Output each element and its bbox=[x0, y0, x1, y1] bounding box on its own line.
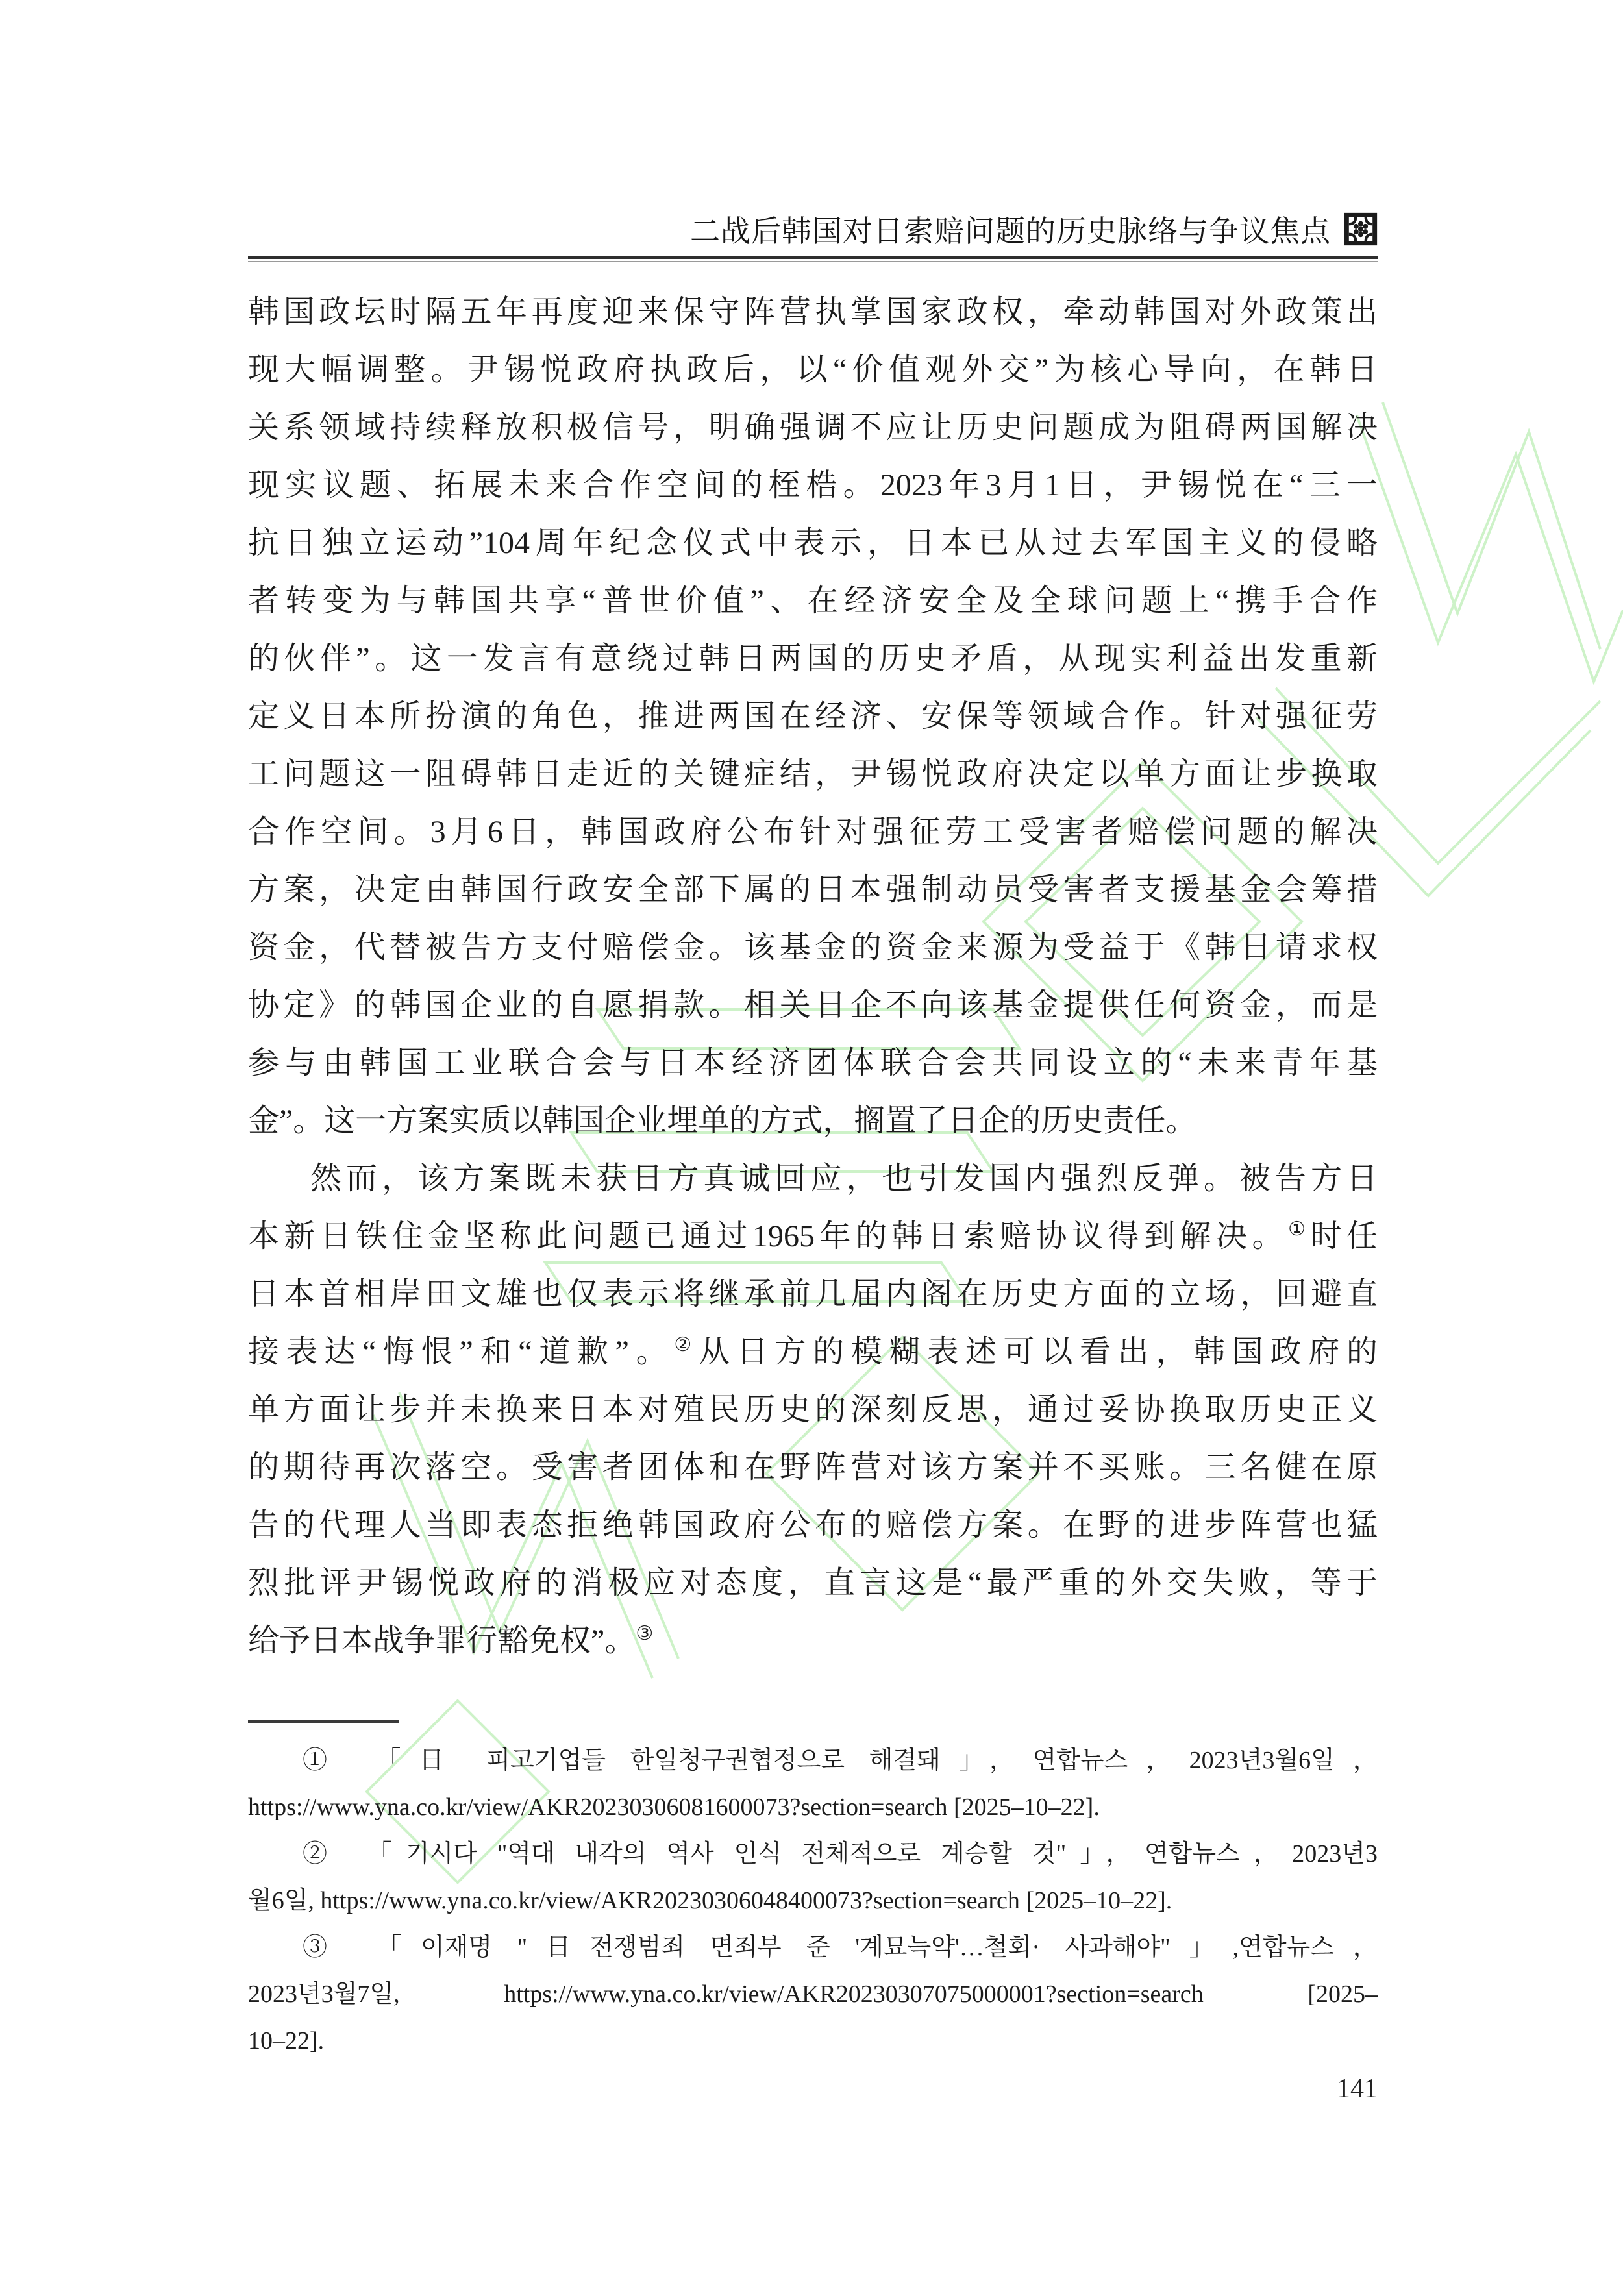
footnote-line: ② 「기시다 "역대 내각의 역사 인식 전체적으로 계승할 것"」，연합뉴스，… bbox=[248, 1831, 1378, 1877]
body-line: 参与由韩国工业联合会与日本经济团体联合会共同设立的“未来青年基 bbox=[248, 1034, 1378, 1092]
body-line: 现大幅调整。尹锡悦政府执政后，以“价值观外交”为核心导向，在韩日 bbox=[248, 341, 1378, 399]
body-line: 的期待再次落空。受害者团体和在野阵营对该方案并不买账。三名健在原 bbox=[248, 1438, 1378, 1496]
footnote-line: 2023년3월7일, https://www.yna.co.kr/view/AK… bbox=[248, 1971, 1378, 2018]
body-line: 者转变为与韩国共享“普世价值”、在经济安全及全球问题上“携手合作 bbox=[248, 572, 1378, 630]
footnote-ref: ③ bbox=[636, 1623, 653, 1644]
footnotes: ① 「日 피고기업들 한일청구권협정으로 해결돼」，연합뉴스，2023년3월6일… bbox=[248, 1737, 1378, 2064]
body-line: 定义日本所扮演的角色，推进两国在经济、安保等领域合作。针对强征劳 bbox=[248, 687, 1378, 745]
footnote-ref: ① bbox=[1288, 1218, 1310, 1240]
body-line: 协定》的韩国企业的自愿捐款。相关日企不向该基金提供任何资金，而是 bbox=[248, 976, 1378, 1034]
page-number: 141 bbox=[248, 2073, 1378, 2105]
article-body: 韩国政坛时隔五年再度迎来保守阵营执掌国家政权，牵动韩国对外政策出 现大幅调整。尹… bbox=[248, 283, 1378, 1670]
ornament-icon bbox=[1344, 212, 1378, 246]
footnote-separator bbox=[248, 1720, 399, 1723]
footnote-line: 10–22]. bbox=[248, 2018, 1378, 2064]
body-line: 接表达“悔恨”和“道歉”。②从日方的模糊表述可以看出，韩国政府的 bbox=[248, 1323, 1378, 1381]
body-line: 方案，决定由韩国行政安全部下属的日本强制动员受害者支援基金会筹措 bbox=[248, 861, 1378, 919]
body-line: 资金，代替被告方支付赔偿金。该基金的资金来源为受益于《韩日请求权 bbox=[248, 919, 1378, 976]
running-head-title: 二战后韩国对日索赔问题的历史脉络与争议焦点 bbox=[690, 208, 1331, 251]
footnote-line: https://www.yna.co.kr/view/AKR2023030608… bbox=[248, 1784, 1378, 1831]
body-line: 单方面让步并未换来日本对殖民历史的深刻反思，通过妥协换取历史正义 bbox=[248, 1381, 1378, 1438]
body-line: 告的代理人当即表态拒绝韩国政府公布的赔偿方案。在野的进步阵营也猛 bbox=[248, 1496, 1378, 1554]
body-line: 工问题这一阻碍韩日走近的关键症结，尹锡悦政府决定以单方面让步换取 bbox=[248, 745, 1378, 803]
header-rule-thick bbox=[248, 256, 1378, 259]
footnote-ref: ② bbox=[674, 1334, 699, 1355]
body-line: 关系领域持续释放积极信号，明确强调不应让历史问题成为阻碍两国解决 bbox=[248, 399, 1378, 456]
body-line: 金”。这一方案实质以韩国企业埋单的方式，搁置了日企的历史责任。 bbox=[248, 1092, 1378, 1150]
footnote-line: ① 「日 피고기업들 한일청구권협정으로 해결돼」，연합뉴스，2023년3월6일… bbox=[248, 1737, 1378, 1784]
body-line: 韩国政坛时隔五年再度迎来保守阵营执掌国家政权，牵动韩国对外政策出 bbox=[248, 283, 1378, 341]
body-line: 的伙伴”。这一发言有意绕过韩日两国的历史矛盾，从现实利益出发重新 bbox=[248, 630, 1378, 687]
body-line: 然而，该方案既未获日方真诚回应，也引发国内强烈反弹。被告方日 bbox=[248, 1150, 1378, 1207]
body-line: 抗日独立运动”104周年纪念仪式中表示，日本已从过去军国主义的侵略 bbox=[248, 514, 1378, 572]
header-rule-thin bbox=[248, 261, 1378, 262]
document-page: 二战后韩国对日索赔问题的历史脉络与争议焦点 bbox=[0, 0, 1623, 2296]
body-line: 现实议题、拓展未来合作空间的桎梏。2023年3月1日，尹锡悦在“三一 bbox=[248, 456, 1378, 514]
footnote-line: ③ 「이재명 "日전쟁범죄 면죄부 준 '계묘늑약'…철회· 사과해야"」,연합… bbox=[248, 1924, 1378, 1971]
body-line: 烈批评尹锡悦政府的消极应对态度，直言这是“最严重的外交失败，等于 bbox=[248, 1554, 1378, 1612]
page-header: 二战后韩国对日索赔问题的历史脉络与争议焦点 bbox=[248, 208, 1378, 251]
body-line: 本新日铁住金坚称此问题已通过1965年的韩日索赔协议得到解决。①时任 bbox=[248, 1207, 1378, 1265]
body-line: 给予日本战争罪行豁免权”。③ bbox=[248, 1612, 1378, 1670]
body-line: 合作空间。3月6日，韩国政府公布针对强征劳工受害者赔偿问题的解决 bbox=[248, 803, 1378, 861]
footnote-line: 월6일, https://www.yna.co.kr/view/AKR20230… bbox=[248, 1877, 1378, 1924]
body-line: 日本首相岸田文雄也仅表示将继承前几届内阁在历史方面的立场，回避直 bbox=[248, 1265, 1378, 1323]
